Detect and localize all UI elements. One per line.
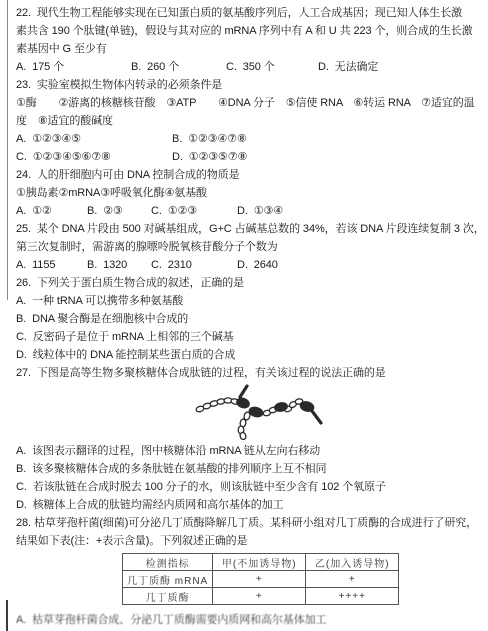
q25-option-a: A. 1155 [16,256,87,274]
page-edge-line-bottom [6,600,8,631]
q26-stem: 26. 下列关于蛋白质生物合成的叙述，正确的是 [16,274,480,292]
q24-options-row: A. ①② B. ②③ C. ①②③ D. ①③④ [16,202,480,220]
q26-option-a: A. 一种 tRNA 可以携带多种氨基酸 [16,292,480,310]
q22-options-row: A. 175 个 B. 260 个 C. 350 个 D. 无法确定 [16,58,480,76]
table-row: 几丁质酶 mRNA + + [123,571,399,588]
table-cell-mrna-jia: + [213,571,306,588]
polyribosome-diagram-icon [188,382,328,440]
q24-stem: 24. 人的肝细胞内可由 DNA 控制合成的物质是 [16,166,480,184]
q22-option-c: C. 350 个 [226,58,318,76]
table-cell-enzyme-label: 几丁质酶 [123,588,213,605]
q24-items: ①胰岛素②mRNA③呼吸氧化酶④氨基酸 [16,184,480,202]
exam-page: 22. 现代生物工程能够实现在已知蛋白质的氨基酸序列后，人工合成基因；现已知人体… [16,4,480,629]
q25-stem-line-2: 第三次复制时，需游离的腺嘌呤脱氧核苷酸分子个数为 [16,238,480,256]
q26-option-c: C. 反密码子是位于 mRNA 上相邻的三个碱基 [16,328,480,346]
q27-option-d: D. 核糖体上合成的肽链均需经内质网和高尔基体的加工 [16,496,480,514]
q25-option-b: B. 1320 [87,256,151,274]
q26-option-b: B. DNA 聚合酶是在细胞核中合成的 [16,310,480,328]
q24-option-a: A. ①② [16,202,87,220]
q22-option-d: D. 无法确定 [318,58,378,76]
table-cell-mrna-yi: + [306,571,399,588]
q23-items-line-2: 度 ⑧适宜的酸碱度 [16,112,480,130]
q25-option-c: C. 2310 [151,256,237,274]
q23-option-d: D. ①②③⑤⑦⑧ [172,148,247,166]
q24-option-d: D. ①③④ [237,202,283,220]
q23-options-row-1: A. ①②③④⑤ B. ①②③④⑦⑧ [16,130,480,148]
q24-option-b: B. ②③ [87,202,151,220]
q25-stem-line-1: 25. 某个 DNA 片段由 500 对碱基组成，G+C 占碱基总数的 34%，… [16,220,480,238]
q25-options-row: A. 1155 B. 1320 C. 2310 D. 2640 [16,256,480,274]
q23-stem: 23. 实验室模拟生物体内转录的必须条件是 [16,76,480,94]
table-header-group-yi: 乙(加入诱导物) [306,554,399,571]
q22-stem-line-3: 素基因中 G 至少有 [16,40,480,58]
q27-option-c: C. 若该肽链在合成时脱去 100 分子的水，则该肽链中至少含有 102 个氧原… [16,478,480,496]
table-header-indicator: 检测指标 [123,554,213,571]
q22-option-a: A. 175 个 [16,58,131,76]
q23-option-a: A. ①②③④⑤ [16,130,172,148]
page-edge-line-top [7,0,8,300]
q23-items-line-1: ①酶 ②游离的核糖核苷酸 ③ATP ④DNA 分子 ⑤信使 RNA ⑥转运 RN… [16,94,480,112]
q23-options-row-2: C. ①②③④⑤⑥⑦⑧ D. ①②③⑤⑦⑧ [16,148,480,166]
table-header-row: 检测指标 甲(不加诱导物) 乙(加入诱导物) [123,554,399,571]
q26-option-d: D. 线粒体中的 DNA 能控制某些蛋白质的合成 [16,346,480,364]
q28-stem-line-1: 28. 枯草芽孢杆菌(细菌)可分泌几丁质酶降解几丁质。某科研小组对几丁质酶的合成… [16,514,480,532]
table-cell-enzyme-yi: ++++ [306,588,399,605]
q22-option-b: B. 260 个 [131,58,226,76]
q28-result-table: 检测指标 甲(不加诱导物) 乙(加入诱导物) 几丁质酶 mRNA + + 几丁质… [122,553,399,605]
table-cell-enzyme-jia: + [213,588,306,605]
q22-stem-line-2: 素共含 190 个肽键(单链)，假设与其对应的 mRNA 序列中有 A 和 U … [16,22,480,40]
q23-option-c: C. ①②③④⑤⑥⑦⑧ [16,148,172,166]
q27-option-a: A. 该图表示翻译的过程，图中核糖体沿 mRNA 链从左向右移动 [16,442,480,460]
q27-stem: 27. 下图是高等生物多聚核糖体合成肽链的过程，有关该过程的说法正确的是 [16,364,480,382]
q28-option-a: A. 枯草芽孢杆菌合成、分泌几丁质酶需要内质网和高尔基体加工 [16,611,480,629]
q28-stem-line-2: 结果如下表(注：+表示含量)。下列叙述正确的是 [16,532,480,550]
table-cell-mrna-label: 几丁质酶 mRNA [123,571,213,588]
q23-option-b: B. ①②③④⑦⑧ [172,130,247,148]
q27-figure [16,382,480,442]
q27-option-b: B. 该多聚核糖体合成的多条肽链在氨基酸的排列顺序上互不相同 [16,460,480,478]
q24-option-c: C. ①②③ [151,202,237,220]
q25-option-d: D. 2640 [237,256,278,274]
table-row: 几丁质酶 + ++++ [123,588,399,605]
q22-stem-line-1: 22. 现代生物工程能够实现在已知蛋白质的氨基酸序列后，人工合成基因；现已知人体… [16,4,480,22]
table-header-group-jia: 甲(不加诱导物) [213,554,306,571]
